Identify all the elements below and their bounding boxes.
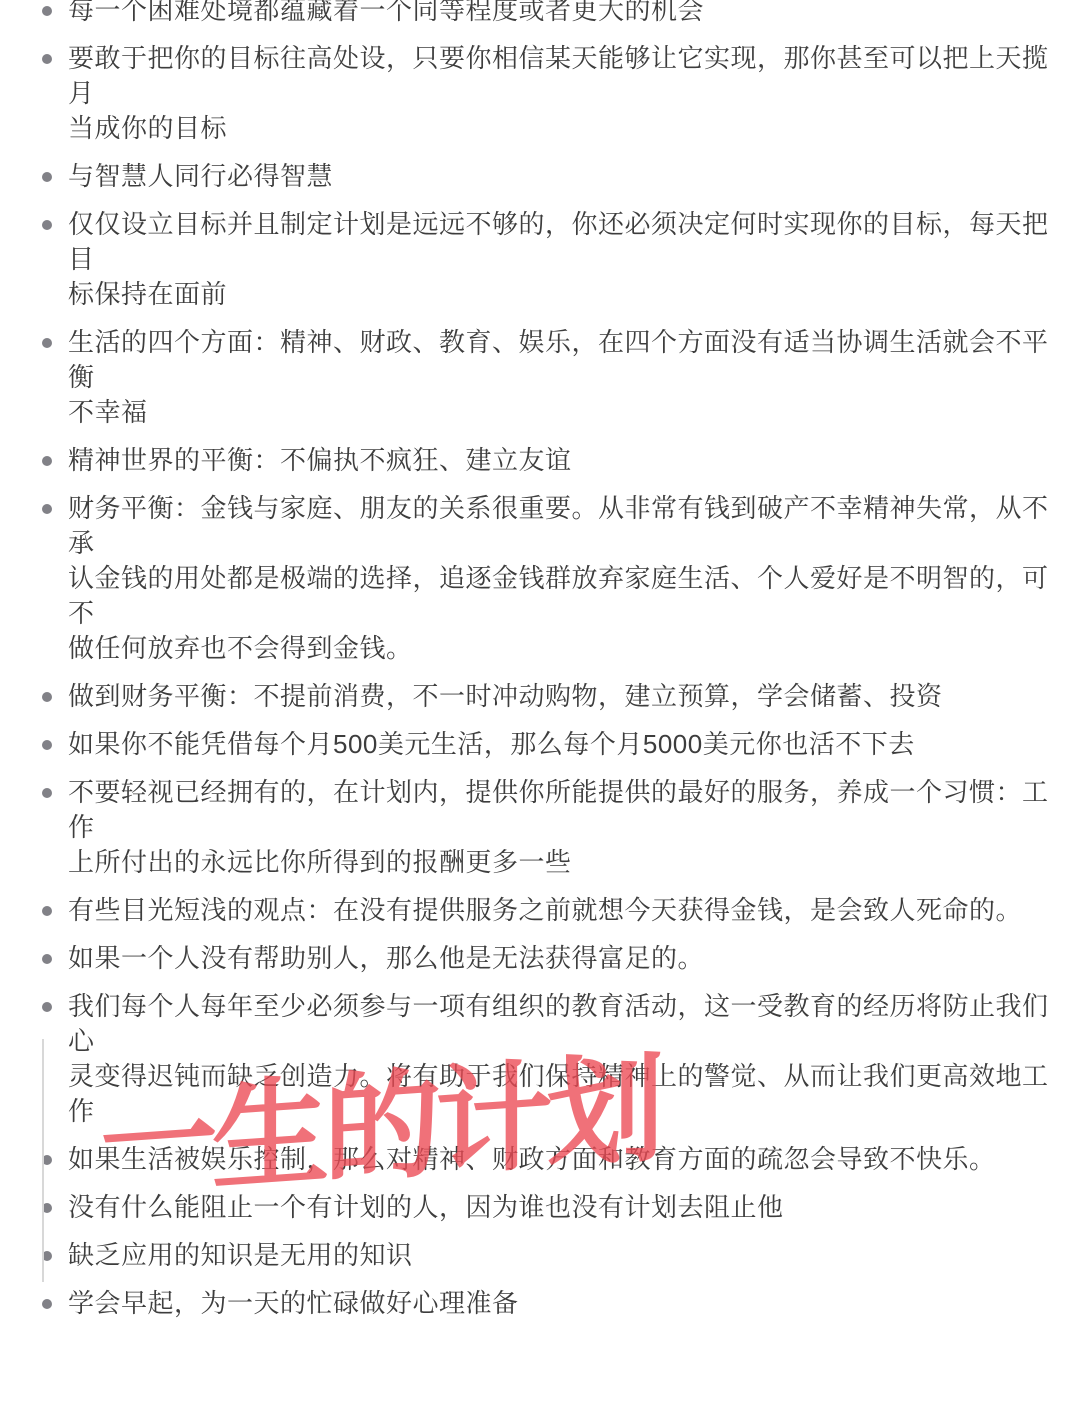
bullet-dot-icon <box>42 172 52 182</box>
bullet-dot-icon <box>42 1002 52 1012</box>
quote-divider-line <box>42 1039 44 1282</box>
note-text: 如果一个人没有帮助别人，那么他是无法获得富足的。 <box>68 941 1050 976</box>
note-item-4: 仅仅设立目标并且制定计划是远远不够的，你还必须决定何时实现你的目标，每天把目 标… <box>0 207 1080 312</box>
note-item-2: 要敢于把你的目标往高处设，只要你相信某天能够让它实现，那你甚至可以把上天揽月 当… <box>0 41 1080 146</box>
note-text: 要敢于把你的目标往高处设，只要你相信某天能够让它实现，那你甚至可以把上天揽月 当… <box>68 41 1050 146</box>
note-text: 做到财务平衡：不提前消费，不一时冲动购物，建立预算，学会储蓄、投资 <box>68 679 1050 714</box>
note-item-3: 与智慧人同行必得智慧 <box>0 159 1080 194</box>
bullet-dot-icon <box>42 906 52 916</box>
bullet-dot-icon <box>42 740 52 750</box>
bullet-dot-icon <box>42 456 52 466</box>
note-text: 学会早起，为一天的忙碌做好心理准备 <box>68 1286 1050 1321</box>
note-item-17: 学会早起，为一天的忙碌做好心理准备 <box>0 1286 1080 1321</box>
bullet-dot-icon <box>42 1299 52 1309</box>
note-text: 精神世界的平衡：不偏执不疯狂、建立友谊 <box>68 443 1050 478</box>
bullet-dot-icon <box>42 338 52 348</box>
bullet-dot-icon <box>42 220 52 230</box>
note-text: 生活的四个方面：精神、财政、教育、娱乐，在四个方面没有适当协调生活就会不平衡 不… <box>68 325 1050 430</box>
note-item-11: 有些目光短浅的观点：在没有提供服务之前就想今天获得金钱，是会致人死命的。 <box>0 893 1080 928</box>
bullet-dot-icon <box>42 788 52 798</box>
note-text: 仅仅设立目标并且制定计划是远远不够的，你还必须决定何时实现你的目标，每天把目 标… <box>68 207 1050 312</box>
note-text: 如果你不能凭借每个月500美元生活，那么每个月5000美元你也活不下去 <box>68 727 1050 762</box>
note-text: 每一个困难处境都蕴藏着一个同等程度或者更大的机会 <box>68 0 1050 28</box>
bullet-dot-icon <box>42 504 52 514</box>
note-text: 缺乏应用的知识是无用的知识 <box>68 1238 1050 1273</box>
bullet-dot-icon <box>42 692 52 702</box>
note-item-1: 每一个困难处境都蕴藏着一个同等程度或者更大的机会 <box>0 0 1080 28</box>
note-text: 不要轻视已经拥有的，在计划内，提供你所能提供的最好的服务，养成一个习惯：工作 上… <box>68 775 1050 880</box>
note-item-12: 如果一个人没有帮助别人，那么他是无法获得富足的。 <box>0 941 1080 976</box>
bullet-dot-icon <box>42 6 52 16</box>
note-item-6: 精神世界的平衡：不偏执不疯狂、建立友谊 <box>0 443 1080 478</box>
note-item-16: 缺乏应用的知识是无用的知识 <box>0 1238 1080 1273</box>
document-page: 每一个困难处境都蕴藏着一个同等程度或者更大的机会 要敢于把你的目标往高处设，只要… <box>0 0 1080 1409</box>
note-item-9: 如果你不能凭借每个月500美元生活，那么每个月5000美元你也活不下去 <box>0 727 1080 762</box>
note-text: 财务平衡：金钱与家庭、朋友的关系很重要。从非常有钱到破产不幸精神失常，从不承 认… <box>68 491 1050 666</box>
note-item-10: 不要轻视已经拥有的，在计划内，提供你所能提供的最好的服务，养成一个习惯：工作 上… <box>0 775 1080 880</box>
note-text: 有些目光短浅的观点：在没有提供服务之前就想今天获得金钱，是会致人死命的。 <box>68 893 1050 928</box>
note-item-7: 财务平衡：金钱与家庭、朋友的关系很重要。从非常有钱到破产不幸精神失常，从不承 认… <box>0 491 1080 666</box>
bullet-dot-icon <box>42 954 52 964</box>
bullet-dot-icon <box>42 54 52 64</box>
note-text: 与智慧人同行必得智慧 <box>68 159 1050 194</box>
note-item-5: 生活的四个方面：精神、财政、教育、娱乐，在四个方面没有适当协调生活就会不平衡 不… <box>0 325 1080 430</box>
note-item-8: 做到财务平衡：不提前消费，不一时冲动购物，建立预算，学会储蓄、投资 <box>0 679 1080 714</box>
